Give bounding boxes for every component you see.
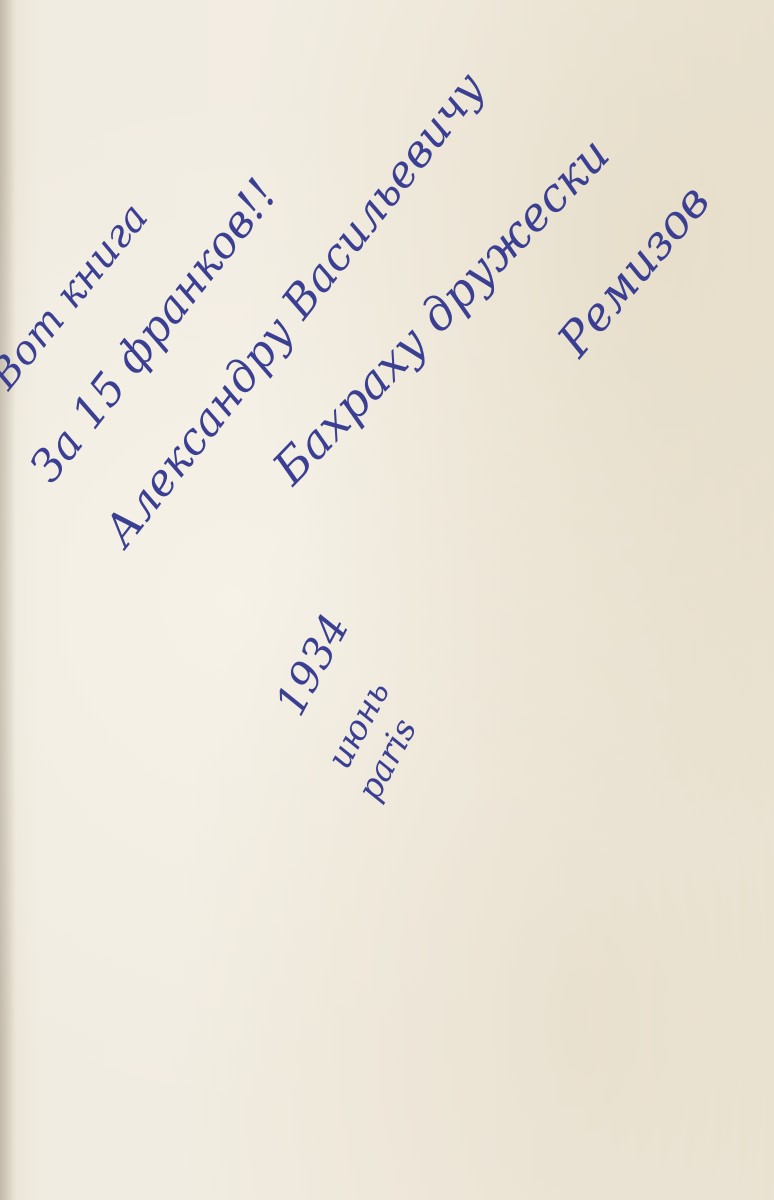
page-gutter-shadow xyxy=(0,0,16,1200)
date-year: 1934 xyxy=(269,608,356,722)
date-block: 1934 июнь paris xyxy=(300,600,470,820)
book-page: Вот книга За 15 франков!! Александру Вас… xyxy=(0,0,774,1200)
